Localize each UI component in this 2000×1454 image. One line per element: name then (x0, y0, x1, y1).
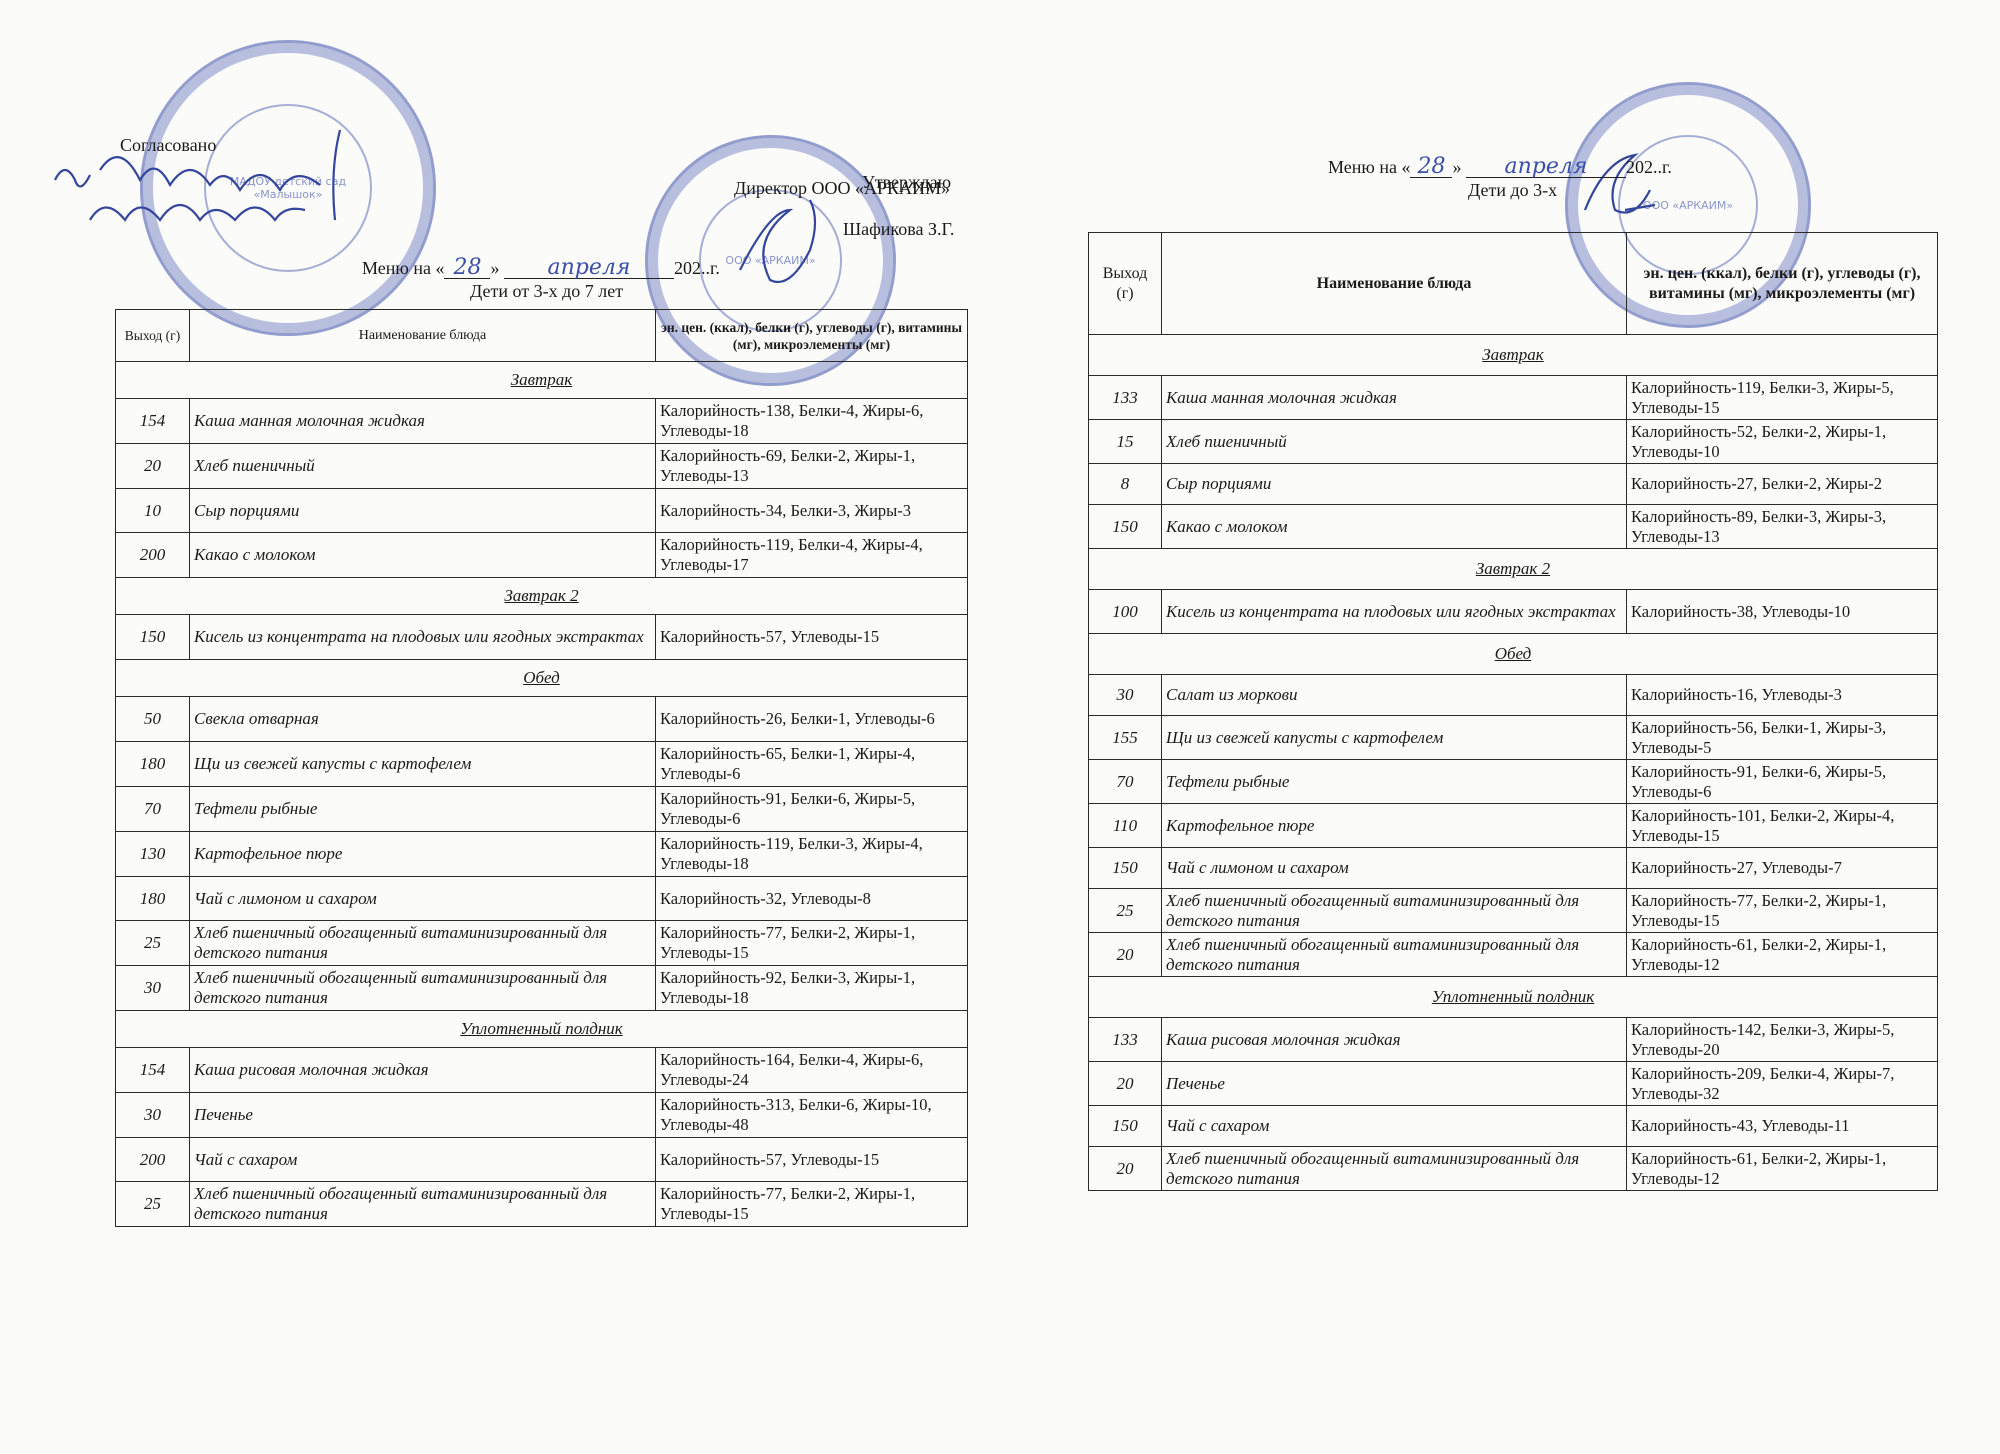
stamp-text: ООО «АРКАИМ» (1643, 199, 1733, 212)
dish-nutrition: Калорийность-119, Белки-3, Жиры-5, Углев… (1627, 376, 1938, 420)
section-title: Завтрак 2 (504, 586, 578, 605)
dish-yield: 10 (116, 489, 190, 533)
dish-nutrition: Калорийность-57, Углеводы-15 (656, 1138, 968, 1182)
section-row: Завтрак 2 (1089, 549, 1938, 590)
table-row: 70Тефтели рыбныеКалорийность-91, Белки-6… (116, 787, 968, 832)
section-row: Обед (116, 660, 968, 697)
dish-name: Хлеб пшеничный обогащенный витаминизиров… (190, 921, 656, 966)
dish-nutrition: Калорийность-34, Белки-3, Жиры-3 (656, 489, 968, 533)
dish-nutrition: Калорийность-209, Белки-4, Жиры-7, Углев… (1627, 1062, 1938, 1106)
table-row: 133Каша рисовая молочная жидкаяКалорийно… (1089, 1018, 1938, 1062)
dish-nutrition: Калорийность-119, Белки-3, Жиры-4, Углев… (656, 832, 968, 877)
dish-name: Хлеб пшеничный (1162, 420, 1627, 464)
section-row: Обед (1089, 634, 1938, 675)
approver-title: Директор ООО «АРКАИМ» (734, 178, 950, 198)
table-row: 70Тефтели рыбныеКалорийность-91, Белки-6… (1089, 760, 1938, 804)
dish-name: Тефтели рыбные (190, 787, 656, 832)
dish-name: Кисель из концентрата на плодовых или яг… (190, 615, 656, 660)
menu-title-mid: » (490, 258, 499, 278)
dish-nutrition: Калорийность-27, Белки-2, Жиры-2 (1627, 464, 1938, 505)
dish-yield: 155 (1089, 716, 1162, 760)
table-row: 150Чай с сахаромКалорийность-43, Углевод… (1089, 1106, 1938, 1147)
dish-nutrition: Калорийность-164, Белки-4, Жиры-6, Углев… (656, 1048, 968, 1093)
dish-name: Салат из моркови (1162, 675, 1627, 716)
dish-name: Картофельное пюре (190, 832, 656, 877)
dish-yield: 50 (116, 697, 190, 742)
dish-nutrition: Калорийность-91, Белки-6, Жиры-5, Углево… (1627, 760, 1938, 804)
menu-title-right: Меню на «28» апреля202..г. (1328, 157, 1672, 178)
dish-yield: 8 (1089, 464, 1162, 505)
menu-title-prefix: Меню на « (362, 258, 444, 278)
dish-name: Каша манная молочная жидкая (190, 399, 656, 444)
dish-name: Хлеб пшеничный обогащенный витаминизиров… (190, 1182, 656, 1227)
dish-yield: 20 (116, 444, 190, 489)
dish-nutrition: Калорийность-101, Белки-2, Жиры-4, Углев… (1627, 804, 1938, 848)
menu-title-prefix: Меню на « (1328, 157, 1410, 177)
table-header-row: Выход (г) Наименование блюда эн. цен. (к… (1089, 233, 1938, 335)
dish-name: Сыр порциями (190, 489, 656, 533)
dish-name: Кисель из концентрата на плодовых или яг… (1162, 590, 1627, 634)
dish-name: Тефтели рыбные (1162, 760, 1627, 804)
dish-name: Каша рисовая молочная жидкая (190, 1048, 656, 1093)
dish-nutrition: Калорийность-77, Белки-2, Жиры-1, Углево… (1627, 889, 1938, 933)
dish-nutrition: Калорийность-32, Углеводы-8 (656, 877, 968, 921)
table-row: 20ПеченьеКалорийность-209, Белки-4, Жиры… (1089, 1062, 1938, 1106)
age-group-right: Дети до 3-х (1468, 180, 1557, 200)
dish-name: Чай с лимоном и сахаром (1162, 848, 1627, 889)
dish-yield: 150 (1089, 1106, 1162, 1147)
dish-yield: 70 (1089, 760, 1162, 804)
table-row: 154Каша рисовая молочная жидкаяКалорийно… (116, 1048, 968, 1093)
dish-nutrition: Калорийность-77, Белки-2, Жиры-1, Углево… (656, 921, 968, 966)
table-body: Завтрак154Каша манная молочная жидкаяКал… (116, 362, 968, 1227)
dish-nutrition: Калорийность-61, Белки-2, Жиры-1, Углево… (1627, 1147, 1938, 1191)
signature-director (720, 190, 840, 300)
dish-name: Хлеб пшеничный обогащенный витаминизиров… (1162, 1147, 1627, 1191)
table-row: 10Сыр порциямиКалорийность-34, Белки-3, … (116, 489, 968, 533)
agreed-label: Согласовано (120, 135, 216, 155)
header-dish-name: Наименование блюда (190, 310, 656, 362)
section-row: Завтрак 2 (116, 578, 968, 615)
dish-yield: 150 (1089, 848, 1162, 889)
stamp-text: МАДОУ детский сад «Малышок» (212, 175, 364, 201)
dish-yield: 25 (116, 1182, 190, 1227)
dish-yield: 70 (116, 787, 190, 832)
table-row: 154Каша манная молочная жидкаяКалорийнос… (116, 399, 968, 444)
dish-name: Щи из свежей капусты с картофелем (1162, 716, 1627, 760)
dish-yield: 20 (1089, 933, 1162, 977)
table-row: 150Чай с лимоном и сахаромКалорийность-2… (1089, 848, 1938, 889)
table-row: 130Картофельное пюреКалорийность-119, Бе… (116, 832, 968, 877)
dish-nutrition: Калорийность-27, Углеводы-7 (1627, 848, 1938, 889)
dish-yield: 100 (1089, 590, 1162, 634)
dish-name: Печенье (190, 1093, 656, 1138)
dish-name: Каша манная молочная жидкая (1162, 376, 1627, 420)
dish-nutrition: Калорийность-119, Белки-4, Жиры-4, Углев… (656, 533, 968, 578)
dish-nutrition: Калорийность-61, Белки-2, Жиры-1, Углево… (1627, 933, 1938, 977)
section-title: Завтрак (511, 370, 573, 389)
table-row: 20Хлеб пшеничный обогащенный витаминизир… (1089, 1147, 1938, 1191)
dish-yield: 30 (1089, 675, 1162, 716)
table-row: 100Кисель из концентрата на плодовых или… (1089, 590, 1938, 634)
table-row: 110Картофельное пюреКалорийность-101, Бе… (1089, 804, 1938, 848)
section-title: Обед (1495, 644, 1532, 663)
dish-name: Чай с сахаром (190, 1138, 656, 1182)
dish-name: Каша рисовая молочная жидкая (1162, 1018, 1627, 1062)
menu-table-under-3: Выход (г) Наименование блюда эн. цен. (к… (1088, 232, 1938, 1191)
menu-year: 202..г. (674, 258, 720, 278)
dish-yield: 15 (1089, 420, 1162, 464)
section-row: Уплотненный полдник (1089, 977, 1938, 1018)
dish-name: Чай с сахаром (1162, 1106, 1627, 1147)
table-row: 150Кисель из концентрата на плодовых или… (116, 615, 968, 660)
dish-nutrition: Калорийность-38, Углеводы-10 (1627, 590, 1938, 634)
dish-name: Хлеб пшеничный (190, 444, 656, 489)
table-row: 200Чай с сахаромКалорийность-57, Углевод… (116, 1138, 968, 1182)
header-nutrition: эн. цен. (ккал), белки (г), углеводы (г)… (1627, 233, 1938, 335)
dish-yield: 150 (1089, 505, 1162, 549)
section-title: Уплотненный полдник (1432, 987, 1594, 1006)
dish-yield: 20 (1089, 1062, 1162, 1106)
dish-nutrition: Калорийность-313, Белки-6, Жиры-10, Угле… (656, 1093, 968, 1138)
approver-name: Шафикова З.Г. (843, 219, 954, 239)
section-row: Завтрак (116, 362, 968, 399)
header-dish-name: Наименование блюда (1162, 233, 1627, 335)
header-nutrition: эн. цен. (ккал), белки (г), углеводы (г)… (656, 310, 968, 362)
dish-yield: 180 (116, 877, 190, 921)
menu-title-mid: » (1452, 157, 1461, 177)
table-row: 25Хлеб пшеничный обогащенный витаминизир… (1089, 889, 1938, 933)
menu-month: апреля (504, 258, 674, 279)
dish-nutrition: Калорийность-138, Белки-4, Жиры-6, Углев… (656, 399, 968, 444)
dish-yield: 25 (116, 921, 190, 966)
section-row: Завтрак (1089, 335, 1938, 376)
menu-table-3-7: Выход (г) Наименование блюда эн. цен. (к… (115, 309, 968, 1227)
dish-name: Свекла отварная (190, 697, 656, 742)
dish-nutrition: Калорийность-69, Белки-2, Жиры-1, Углево… (656, 444, 968, 489)
dish-yield: 133 (1089, 1018, 1162, 1062)
dish-name: Хлеб пшеничный обогащенный витаминизиров… (1162, 933, 1627, 977)
table-row: 155Щи из свежей капусты с картофелемКало… (1089, 716, 1938, 760)
menu-title-left: Меню на «28» апреля202..г. (362, 258, 720, 279)
dish-name: Чай с лимоном и сахаром (190, 877, 656, 921)
table-row: 25Хлеб пшеничный обогащенный витаминизир… (116, 1182, 968, 1227)
table-row: 180Чай с лимоном и сахаромКалорийность-3… (116, 877, 968, 921)
dish-nutrition: Калорийность-52, Белки-2, Жиры-1, Углево… (1627, 420, 1938, 464)
dish-nutrition: Калорийность-43, Углеводы-11 (1627, 1106, 1938, 1147)
dish-yield: 200 (116, 533, 190, 578)
table-row: 30Салат из морковиКалорийность-16, Углев… (1089, 675, 1938, 716)
age-group-left: Дети от 3-х до 7 лет (470, 281, 623, 301)
dish-yield: 30 (116, 1093, 190, 1138)
dish-name: Сыр порциями (1162, 464, 1627, 505)
table-body: Завтрак133Каша манная молочная жидкаяКал… (1089, 335, 1938, 1191)
dish-yield: 110 (1089, 804, 1162, 848)
table-row: 20Хлеб пшеничныйКалорийность-69, Белки-2… (116, 444, 968, 489)
table-row: 30ПеченьеКалорийность-313, Белки-6, Жиры… (116, 1093, 968, 1138)
dish-name: Какао с молоком (1162, 505, 1627, 549)
dish-yield: 30 (116, 966, 190, 1011)
section-title: Завтрак (1482, 345, 1544, 364)
dish-name: Печенье (1162, 1062, 1627, 1106)
dish-nutrition: Калорийность-142, Белки-3, Жиры-5, Углев… (1627, 1018, 1938, 1062)
dish-name: Хлеб пшеничный обогащенный витаминизиров… (190, 966, 656, 1011)
dish-yield: 130 (116, 832, 190, 877)
dish-yield: 154 (116, 1048, 190, 1093)
dish-nutrition: Калорийность-77, Белки-2, Жиры-1, Углево… (656, 1182, 968, 1227)
section-title: Завтрак 2 (1476, 559, 1550, 578)
dish-yield: 154 (116, 399, 190, 444)
menu-day: 28 (444, 258, 490, 279)
dish-nutrition: Калорийность-57, Углеводы-15 (656, 615, 968, 660)
menu-month: апреля (1466, 157, 1626, 178)
stamp-text: ООО «АРКАИМ» (725, 254, 815, 267)
table-row: 8Сыр порциямиКалорийность-27, Белки-2, Ж… (1089, 464, 1938, 505)
section-title: Обед (523, 668, 560, 687)
table-row: 20Хлеб пшеничный обогащенный витаминизир… (1089, 933, 1938, 977)
dish-nutrition: Калорийность-92, Белки-3, Жиры-1, Углево… (656, 966, 968, 1011)
table-row: 15Хлеб пшеничныйКалорийность-52, Белки-2… (1089, 420, 1938, 464)
signature-agreed (40, 110, 380, 250)
table-row: 30Хлеб пшеничный обогащенный витаминизир… (116, 966, 968, 1011)
dish-yield: 133 (1089, 376, 1162, 420)
table-header-row: Выход (г) Наименование блюда эн. цен. (к… (116, 310, 968, 362)
dish-name: Какао с молоком (190, 533, 656, 578)
section-row: Уплотненный полдник (116, 1011, 968, 1048)
menu-year: 202..г. (1626, 157, 1672, 177)
dish-name: Картофельное пюре (1162, 804, 1627, 848)
dish-yield: 20 (1089, 1147, 1162, 1191)
dish-yield: 150 (116, 615, 190, 660)
dish-nutrition: Калорийность-65, Белки-1, Жиры-4, Углево… (656, 742, 968, 787)
dish-nutrition: Калорийность-16, Углеводы-3 (1627, 675, 1938, 716)
section-title: Уплотненный полдник (460, 1019, 622, 1038)
header-yield: Выход (г) (116, 310, 190, 362)
table-row: 150Какао с молокомКалорийность-89, Белки… (1089, 505, 1938, 549)
dish-nutrition: Калорийность-26, Белки-1, Углеводы-6 (656, 697, 968, 742)
dish-nutrition: Калорийность-91, Белки-6, Жиры-5, Углево… (656, 787, 968, 832)
dish-name: Хлеб пшеничный обогащенный витаминизиров… (1162, 889, 1627, 933)
dish-yield: 25 (1089, 889, 1162, 933)
table-row: 25Хлеб пшеничный обогащенный витаминизир… (116, 921, 968, 966)
dish-yield: 200 (116, 1138, 190, 1182)
table-row: 180Щи из свежей капусты с картофелемКало… (116, 742, 968, 787)
dish-name: Щи из свежей капусты с картофелем (190, 742, 656, 787)
school-stamp: МАДОУ детский сад «Малышок» (140, 40, 436, 336)
header-yield: Выход (г) (1089, 233, 1162, 335)
table-row: 50Свекла отварнаяКалорийность-26, Белки-… (116, 697, 968, 742)
table-row: 200Какао с молокомКалорийность-119, Белк… (116, 533, 968, 578)
table-row: 133Каша манная молочная жидкаяКалорийнос… (1089, 376, 1938, 420)
dish-nutrition: Калорийность-56, Белки-1, Жиры-3, Углево… (1627, 716, 1938, 760)
dish-yield: 180 (116, 742, 190, 787)
dish-nutrition: Калорийность-89, Белки-3, Жиры-3, Углево… (1627, 505, 1938, 549)
menu-day: 28 (1410, 157, 1452, 178)
